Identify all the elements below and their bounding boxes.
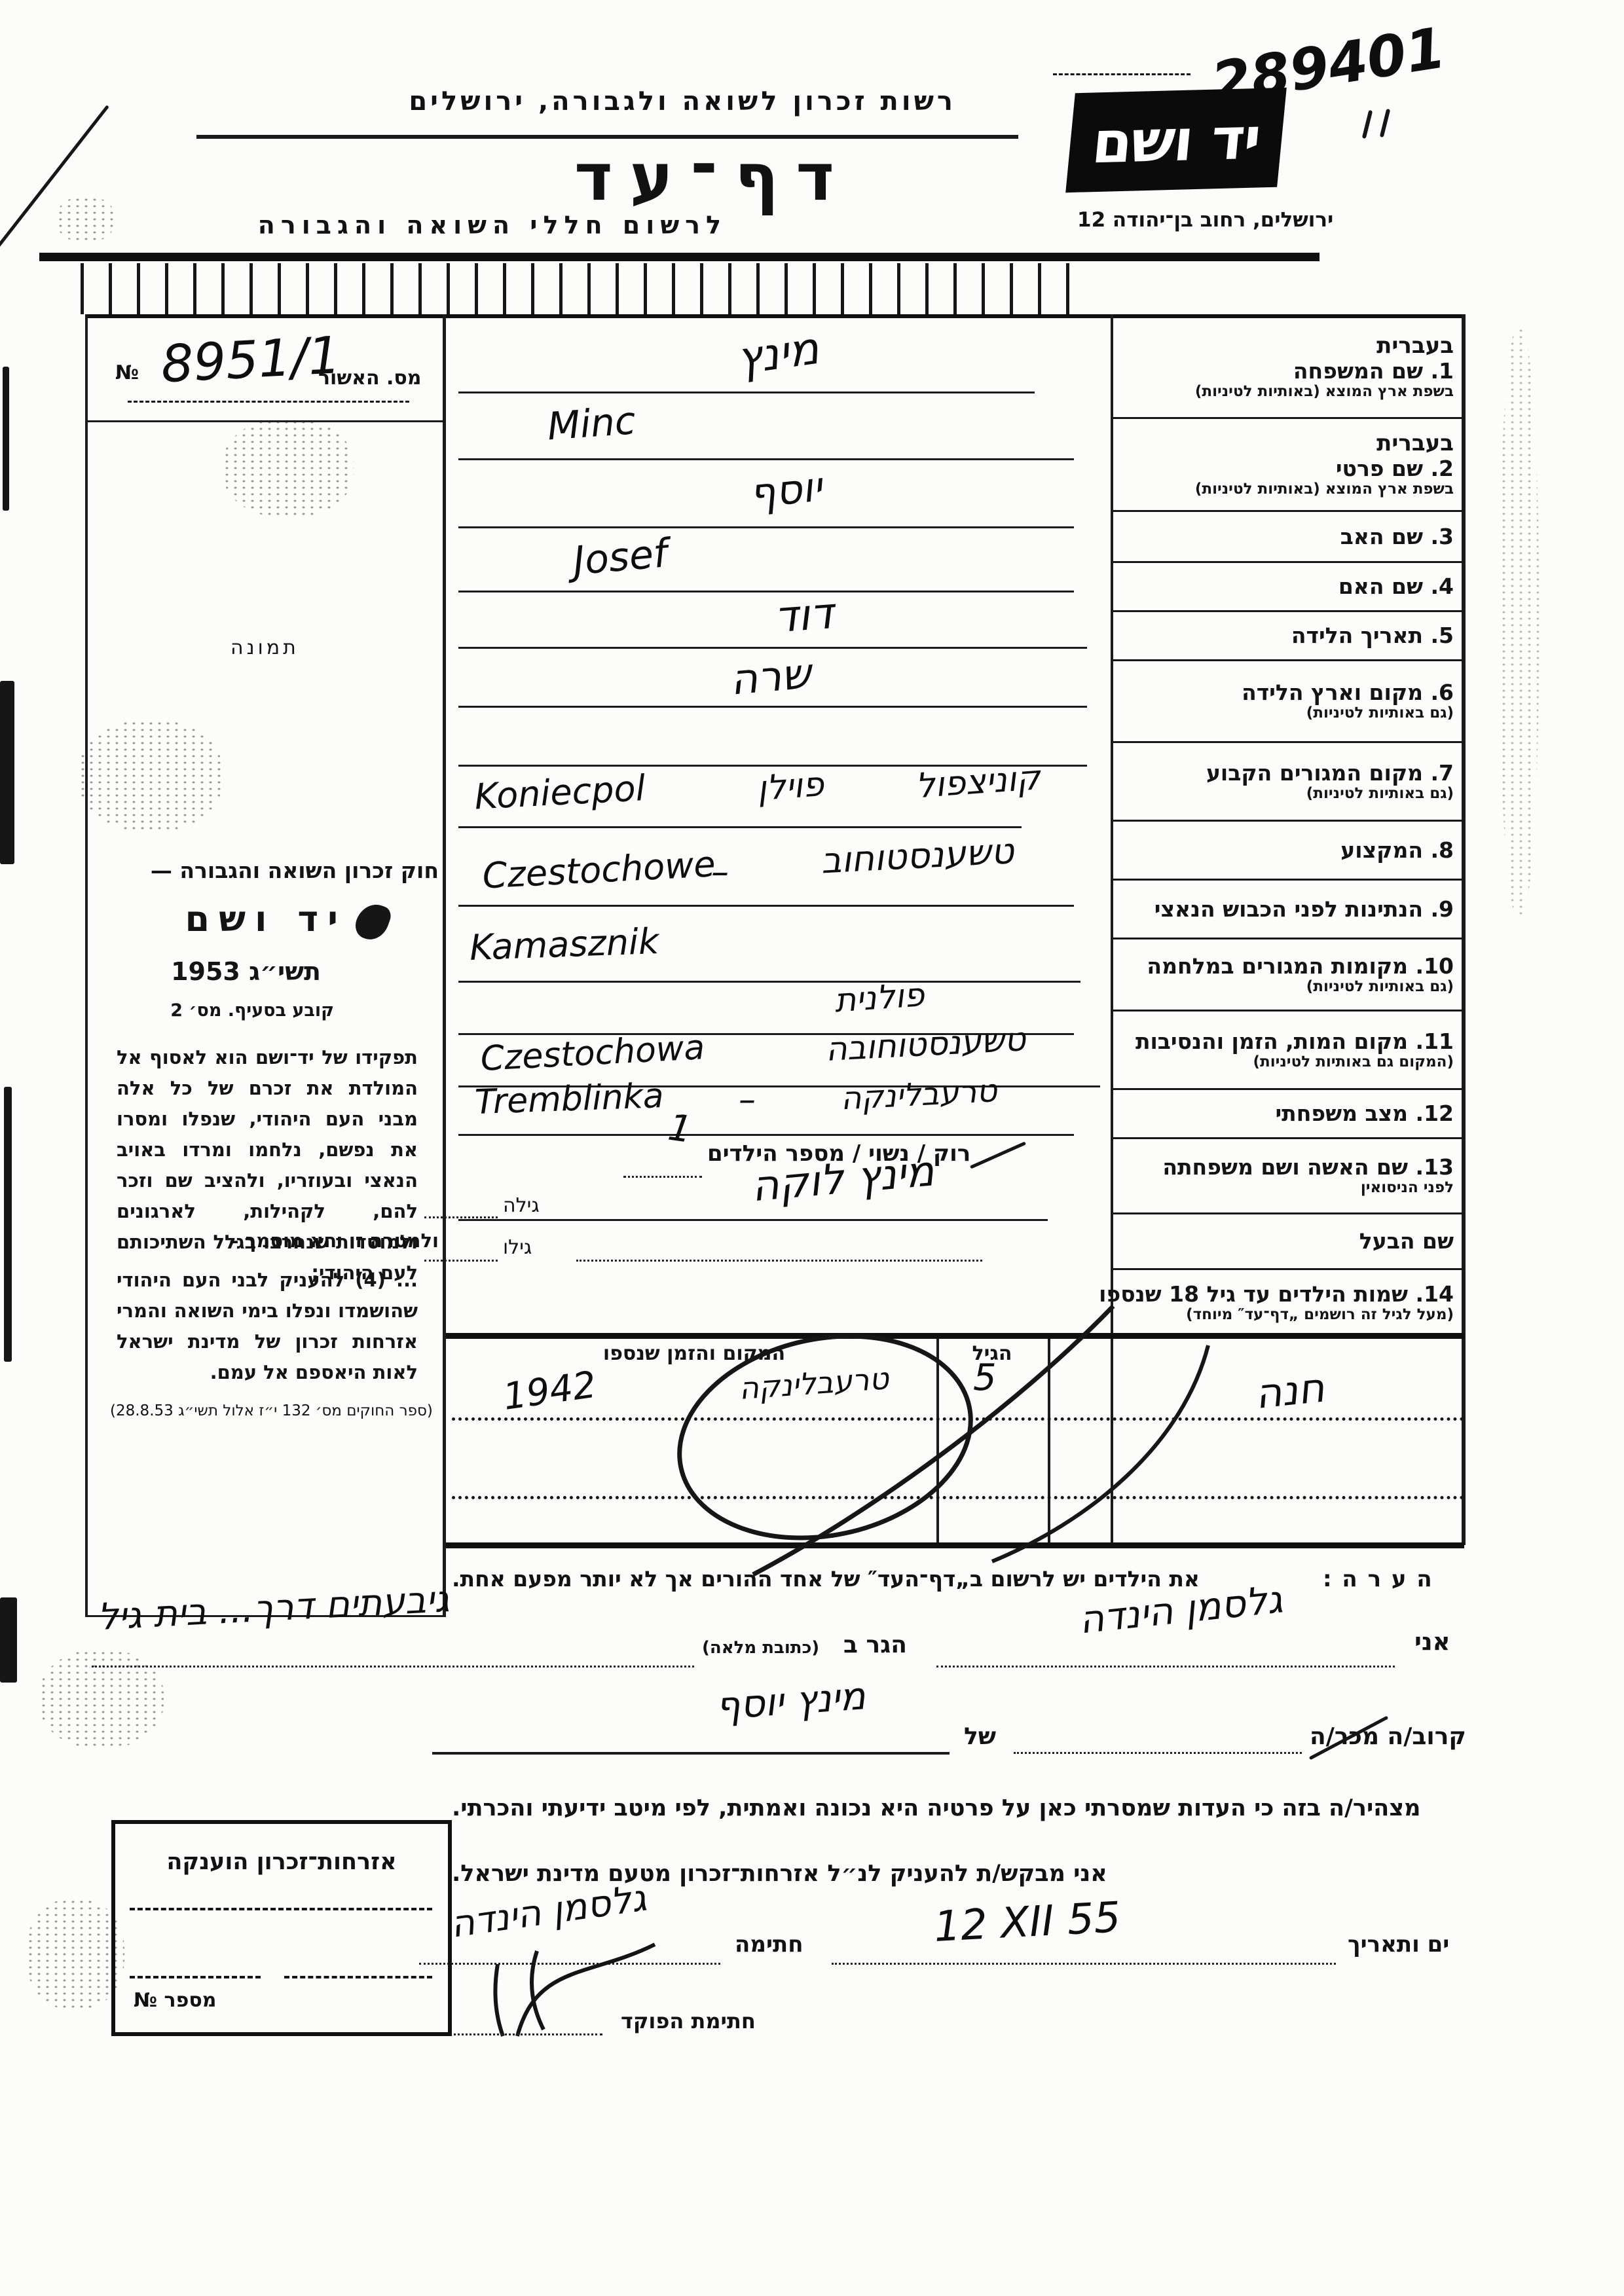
dotted-line	[92, 1666, 694, 1667]
left-column-divider	[443, 314, 446, 1617]
field-sublabel: (המקום גם באותיות לטיניות)	[1116, 1054, 1454, 1070]
full-address-label: (כתובת מלאה)	[702, 1638, 819, 1658]
field-label: 2. שם פרטי	[1116, 456, 1454, 481]
answer-family-name-hebrew: מינץ	[733, 323, 822, 386]
field-label: 3. שם האב	[1116, 524, 1454, 549]
law-body-3: ... (4) להעניק לבני העם היהודי שהושמדו ו…	[117, 1265, 418, 1388]
law-title: חוק זכרון השואה והגבורה —	[151, 858, 439, 883]
yad-vashem-logo: יד ושם	[1065, 88, 1287, 192]
answer-first-name-hebrew: יוסף	[747, 462, 824, 517]
smudge	[39, 1650, 164, 1748]
field-label: 11. מקום המות, הזמן והנסיבות	[1116, 1029, 1454, 1054]
answer-line	[458, 981, 1080, 983]
dotted-line	[832, 1963, 1336, 1965]
field-sublabel: בשפת ארץ המוצא (באותיות לטיניות)	[1116, 384, 1454, 400]
pen-mark	[1362, 110, 1373, 139]
declaration-i-label: אני	[1414, 1628, 1450, 1656]
law-year: תשי״ג 1953	[171, 957, 321, 986]
answer-line	[458, 1219, 1048, 1221]
memorial-citizenship-stamp-box: אזרחות־זכרון הוענקה מספר №	[111, 1820, 452, 2036]
declaration-statement: מצהיר/ה בזה כי העדות שמסרתי כאן על פרטיה…	[452, 1795, 1464, 1821]
answer-line	[458, 458, 1074, 460]
answer-death-dash: –	[739, 1080, 756, 1120]
stamp-box-line	[130, 1908, 432, 1910]
pen-scribble	[589, 1296, 1244, 1578]
field-label-row: בעברית 2. שם פרטי בשפת ארץ המוצא (באותיו…	[1113, 419, 1464, 512]
answer-residence-dash: –	[711, 851, 729, 892]
his-age-label: גילו	[503, 1236, 532, 1259]
pen-mark	[1380, 109, 1390, 137]
law-source: (ספר החוקים מס׳ 132 י״ז אלול תשי״ג 28.8.…	[110, 1402, 433, 1419]
answer-line	[458, 526, 1074, 528]
dotted-line	[424, 1216, 498, 1218]
answer-profession: Kamasznik	[469, 920, 659, 968]
field-label-row: 7. מקום המגורים הקבוע (גם באותיות לטיניו…	[1113, 743, 1464, 822]
field-sublabel: בשפת ארץ המוצא (באותיות לטיניות)	[1116, 481, 1454, 498]
deceased-name-handwritten: מינץ יוסף	[714, 1673, 867, 1728]
smudge	[56, 196, 115, 242]
answer-line	[432, 1752, 950, 1755]
field-label-row: 3. שם האב	[1113, 512, 1464, 563]
answer-citizenship: פולנית	[833, 975, 925, 1019]
scanned-testimony-page: רשות זכרון לשואה ולגבורה, ירושלים דף־עד …	[0, 0, 1624, 2296]
law-section: קובע בסעיף. מס׳ 2	[170, 1000, 334, 1021]
address-handwritten: גיבעתים דרך... בית גיל	[96, 1578, 450, 1639]
field-label: 4. שם האם	[1116, 574, 1454, 599]
dotted-line	[424, 1260, 498, 1262]
field-sublabel: (גם באותיות לטיניות)	[1116, 705, 1454, 721]
field-label-row: 8. המקצוע	[1113, 822, 1464, 881]
office-address: ירושלים, רחוב בן־יהודה 12	[1077, 208, 1333, 232]
cert-label: מס. האשור	[318, 367, 439, 390]
field-label-row: 11. מקום המות, הזמן והנסיבות (המקום גם ב…	[1113, 1011, 1464, 1090]
field-label-row: 4. שם האם	[1113, 563, 1464, 612]
authority-title: רשות זכרון לשואה ולגבורה, ירושלים	[409, 86, 956, 117]
answer-residence-latin: Czestochowe	[481, 843, 716, 897]
field-label: 1. שם המשפחה	[1116, 359, 1454, 384]
logo-text: יד ושם	[1089, 104, 1263, 176]
field-label: 10. מקומות המגורים במלחמה	[1116, 954, 1454, 979]
dotted-line	[936, 1666, 1395, 1667]
field-label-row: 9. הנתינות לפני הכבוש הנאצי	[1113, 881, 1464, 939]
child-name-handwritten: חנה	[1253, 1363, 1327, 1418]
field-label-row: 6. מקום וארץ הלידה (גם באותיות לטיניות)	[1113, 661, 1464, 743]
field-label: 13. שם האשה ושם משפחתה	[1116, 1155, 1454, 1180]
number-symbol: №	[134, 1989, 157, 2012]
field-label: 5. תאריך הלידה	[1116, 623, 1454, 648]
header-rule	[39, 253, 1319, 261]
form-subtitle: לרשום חללי השואה והגבורה	[258, 211, 727, 240]
number-symbol: №	[115, 361, 139, 384]
field-label-row: 13. שם האשה ושם משפחתה לפני הניסואין	[1113, 1139, 1464, 1214]
answer-line	[458, 647, 1087, 649]
answer-birthplace-hebrew: קוניצפול	[914, 758, 1041, 806]
field-sublabel: לפני הניסואין	[1116, 1180, 1454, 1196]
answer-line	[458, 392, 1035, 393]
answer-first-name-latin: Josef	[571, 530, 669, 584]
field-sublabel: (גם באותיות לטיניות)	[1116, 979, 1454, 995]
edge-artifact	[4, 1087, 12, 1362]
answer-family-name-latin: Minc	[546, 398, 637, 448]
date-label: ים ותאריך	[1348, 1931, 1449, 1958]
field-label-column: בעברית 1. שם המשפחה בשפת ארץ המוצא (באות…	[1113, 317, 1464, 1336]
dotted-line	[623, 1176, 702, 1178]
field-label-row: 5. תאריך הלידה	[1113, 612, 1464, 661]
dashed-mark	[1053, 73, 1190, 75]
field-label: 6. מקום וארץ הלידה	[1116, 680, 1454, 705]
field-label: שם הבעל	[1116, 1229, 1454, 1254]
answer-birth-country-hebrew: פוילן	[756, 765, 825, 809]
her-age-label: גילה	[503, 1194, 540, 1217]
signature-label: חתימה	[735, 1931, 803, 1958]
law-yad-vashem: יד ושם	[185, 898, 347, 939]
answer-line	[458, 706, 1087, 708]
answer-death-place-hebrew: טרעבלינקה	[840, 1072, 997, 1117]
edge-artifact	[3, 367, 9, 511]
answer-residence-hebrew: טשענסטוחוב	[820, 830, 1015, 881]
form-left-border	[85, 314, 88, 1617]
smudge	[26, 1899, 124, 2010]
field-label-row: 10. מקומות המגורים במלחמה (גם באותיות לט…	[1113, 939, 1464, 1011]
smudge	[79, 720, 223, 831]
answer-death-place-latin: Tremblinka	[474, 1076, 665, 1122]
field-sublabel: (גם באותיות לטיניות)	[1116, 786, 1454, 802]
field-label-row: בעברית 1. שם המשפחה בשפת ארץ המוצא (באות…	[1113, 317, 1464, 419]
cert-box-bottom	[85, 420, 446, 422]
photo-label: תמונה	[231, 636, 299, 659]
number-word: מספר	[164, 1989, 217, 2012]
clerk-signature-label: חתימת הפוקד	[621, 2009, 756, 2033]
certificate-number-handwritten: 8951/1	[160, 326, 342, 394]
smudge	[1500, 327, 1539, 917]
field-label-row: שם הבעל	[1113, 1214, 1464, 1270]
answer-father-name: דוד	[773, 588, 835, 642]
form-title: דף־עד	[574, 139, 851, 215]
answer-line	[458, 826, 1022, 828]
signature-handwritten: גלסמן הינדה	[448, 1877, 649, 1946]
stamp-box-title: אזרחות־זכרון הוענקה	[115, 1849, 448, 1875]
field-label: 8. המקצוע	[1116, 838, 1454, 863]
date-handwritten: 12 XII 55	[933, 1893, 1122, 1952]
resides-label: הגר ב	[843, 1631, 907, 1658]
answer-mother-name: שרה	[728, 649, 813, 704]
field-label: 7. מקום המגורים הקבוע	[1116, 761, 1454, 786]
child-death-year-handwritten: 1942	[500, 1364, 599, 1419]
cert-number-line	[128, 401, 409, 403]
stamp-box-line	[284, 1976, 432, 1978]
tick-band	[56, 263, 1069, 314]
field-pre-label: בעברית	[1116, 431, 1454, 456]
ink-blot	[352, 899, 394, 944]
of-label: של	[964, 1723, 996, 1750]
edge-artifact	[0, 681, 14, 864]
field-label-row: 12. מצב משפחתי	[1113, 1090, 1464, 1139]
answer-line	[458, 1134, 1074, 1136]
answer-birthplace-latin: Koniecpol	[473, 767, 646, 818]
smudge	[223, 419, 354, 517]
stamp-box-number-label: מספר №	[134, 1989, 216, 2012]
field-pre-label: בעברית	[1116, 333, 1454, 359]
answer-wartime-residence-latin: Czestochowa	[479, 1028, 705, 1079]
field-label: 9. הנתינות לפני הכבוש הנאצי	[1116, 897, 1454, 922]
answer-line	[458, 905, 1074, 907]
law-body-2: ולמטרה זו יהא מוסמך –	[229, 1230, 439, 1252]
field-label: 12. מצב משפחתי	[1116, 1101, 1454, 1126]
answer-wartime-residence-hebrew: טשענסטוחובה	[824, 1020, 1026, 1068]
dotted-line	[1014, 1752, 1302, 1754]
edge-artifact	[0, 1597, 17, 1683]
dotted-line	[576, 1260, 982, 1262]
note-label: ה ע ר ה :	[1323, 1566, 1433, 1592]
answer-line	[458, 591, 1074, 592]
stamp-box-line	[130, 1976, 261, 1978]
answer-children-count: 1	[665, 1106, 694, 1152]
